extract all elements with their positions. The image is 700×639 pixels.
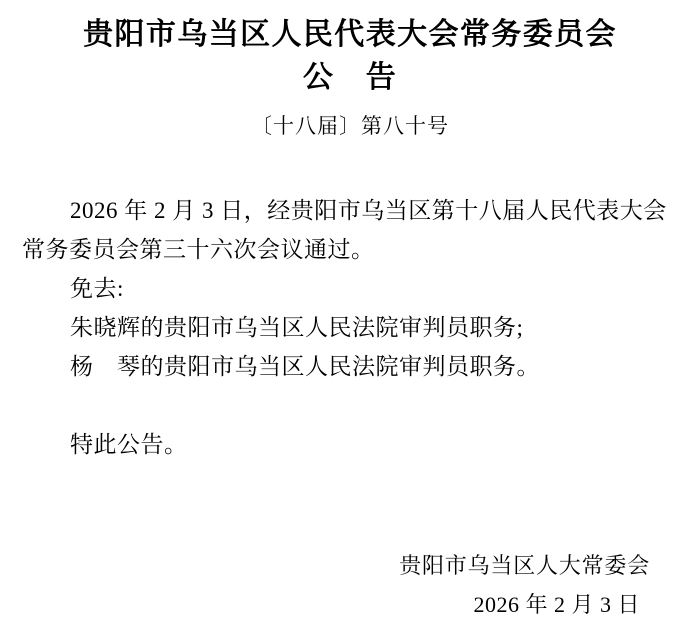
dismissal-item-1: 朱晓辉的贵阳市乌当区人民法院审判员职务; [70, 316, 523, 339]
paragraph-line-2: 常务委员会第三十六次会议通过。 [22, 238, 375, 261]
dismissal-item-2: 杨 琴的贵阳市乌当区人民法院审判员职务。 [70, 355, 540, 378]
signature-org: 贵阳市乌当区人大常委会 [399, 555, 650, 577]
closing-line: 特此公告。 [70, 433, 188, 456]
paragraph-line-1: 2026 年 2 月 3 日，经贵阳市乌当区第十八届人民代表大会 [70, 199, 667, 222]
notice-subtitle-gonggao: 公 告 [0, 63, 700, 93]
official-notice-page: 贵阳市乌当区人民代表大会常务委员会 公 告 〔十八届〕第八十号 2026 年 2… [0, 0, 700, 639]
doc-number: 〔十八届〕第八十号 [0, 116, 700, 137]
signature-date: 2026 年 2 月 3 日 [473, 594, 640, 616]
section-label-dismissal: 免去: [70, 277, 124, 300]
notice-title: 贵阳市乌当区人民代表大会常务委员会 [0, 20, 700, 50]
